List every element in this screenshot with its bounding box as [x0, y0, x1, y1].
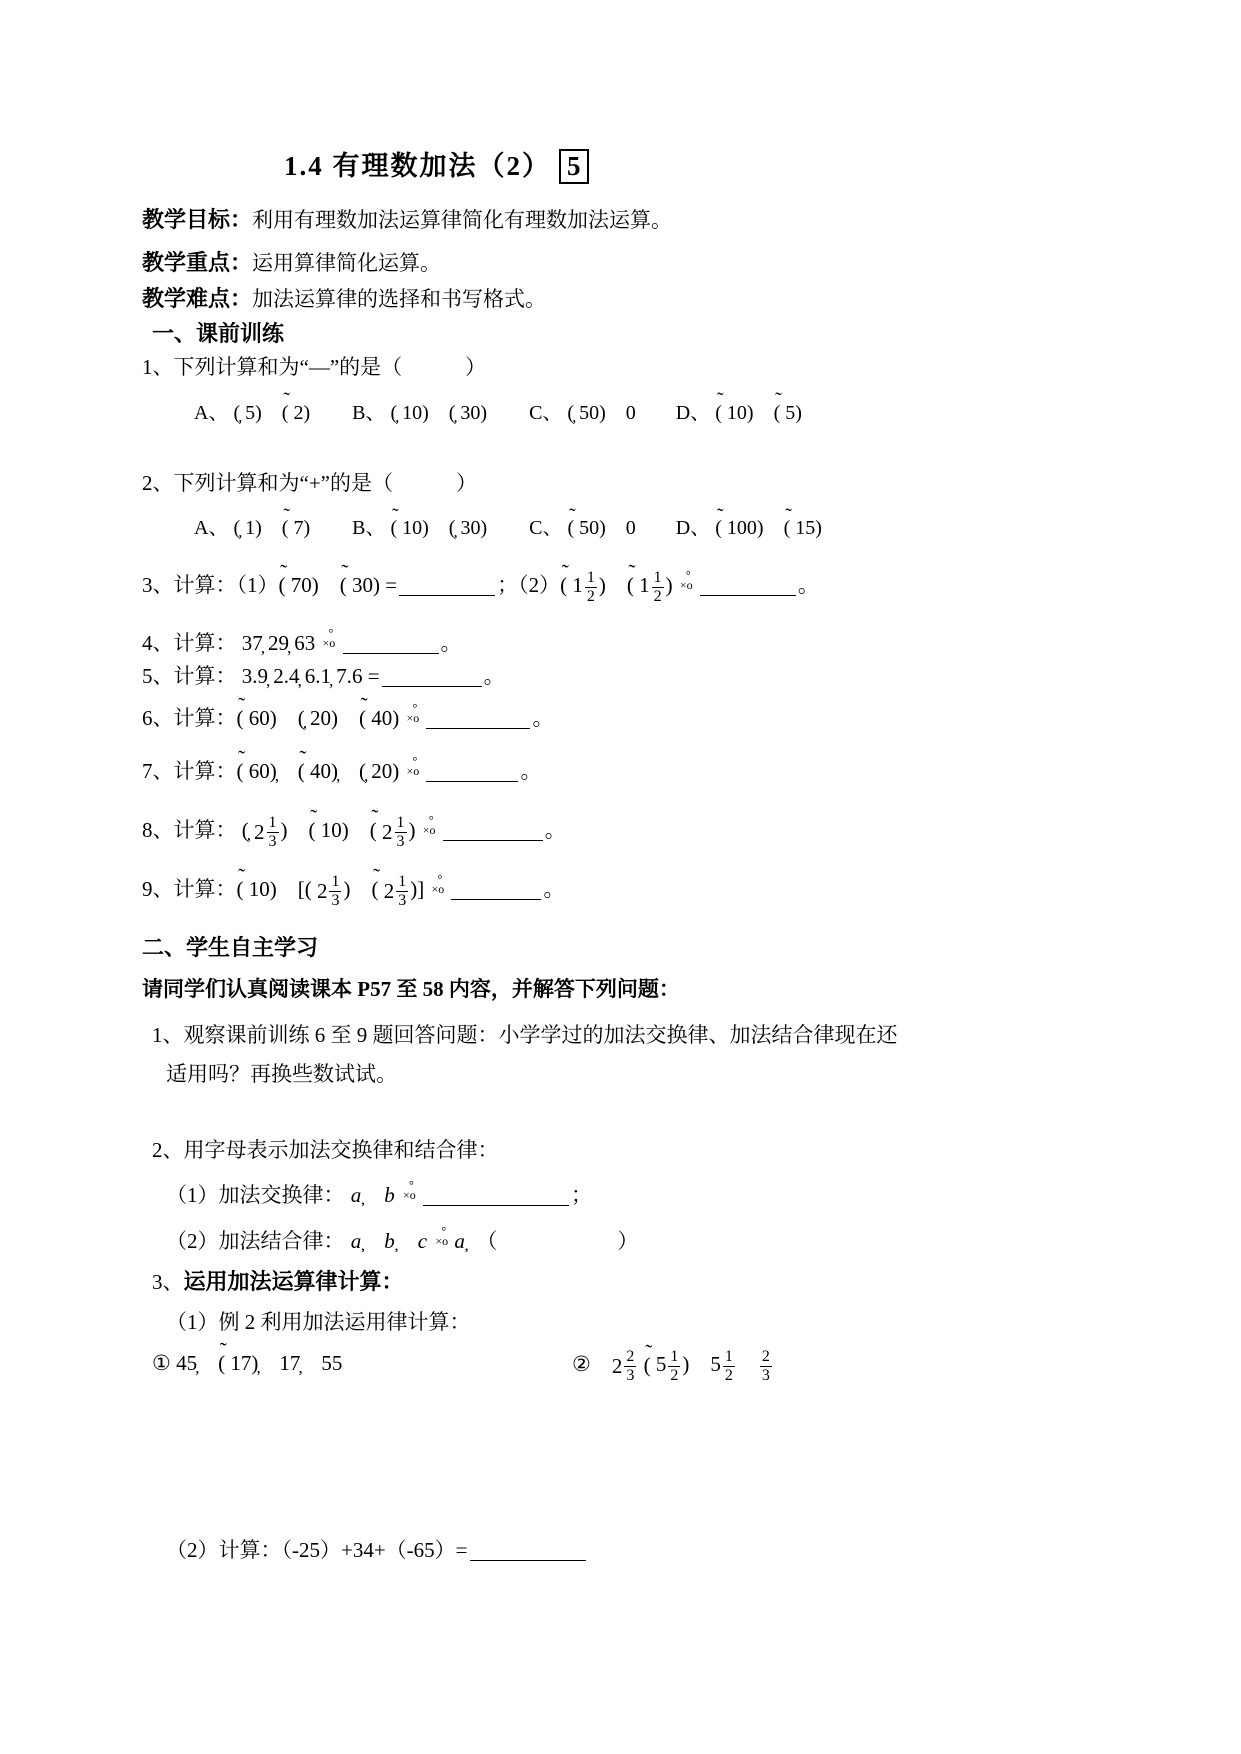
- tilde-paren: (: [567, 513, 574, 543]
- fraction-denominator: 2: [668, 1367, 680, 1385]
- fraction-numerator: 1: [329, 873, 341, 892]
- text-segment: ): [281, 818, 309, 842]
- text-segment: 100): [722, 517, 784, 539]
- text-segment: 6、计算：: [142, 706, 237, 730]
- x-glyph: ×o: [403, 1186, 416, 1204]
- text-segment: 30) =: [347, 573, 397, 597]
- tilde-paren: (: [627, 570, 634, 602]
- x-glyph: ×o: [323, 634, 336, 652]
- math-variable: a̦: [453, 1229, 466, 1253]
- text-segment: 2): [288, 402, 310, 424]
- text-segment: 7、计算：: [142, 759, 237, 783]
- text-segment: 。: [520, 759, 541, 783]
- fraction-stack: 23: [760, 1348, 772, 1385]
- fraction: 12: [666, 1348, 682, 1385]
- question-2-options: A、 (̦ 1) ( 7)B、 ( 10) (̦ 30)C、 ( 50) 0D、…: [142, 513, 1141, 543]
- tilde-paren: (: [560, 570, 567, 602]
- tilde-paren: (: [282, 513, 289, 543]
- tilde-paren: (: [298, 756, 305, 788]
- page-number-badge: 5: [559, 149, 589, 184]
- text-segment: 5: [651, 1353, 667, 1377]
- teaching-difficulty: 教学难点：加法运算律的选择和书写格式。: [142, 282, 1141, 316]
- fraction-denominator: 3: [395, 833, 407, 851]
- blank-line: [426, 778, 518, 782]
- fraction-denominator: 2: [652, 588, 664, 606]
- question-7: 7、计算：( 60)̦ ( 40)̦ (̦ 20) °×o。: [142, 756, 1141, 788]
- fraction: 213: [254, 814, 281, 851]
- text-segment: B、 (̦ 10) (̦ 30): [352, 402, 487, 424]
- fraction-whole: 2: [382, 822, 393, 843]
- teaching-difficulty-label: 教学难点：: [142, 286, 252, 311]
- fraction-whole: 2: [254, 822, 265, 843]
- text-segment: 1: [634, 573, 650, 597]
- teaching-difficulty-text: 加法运算律的选择和书写格式。: [252, 287, 546, 311]
- equals-mark: °×o: [405, 762, 423, 776]
- text-segment: A、 (̦ 1): [194, 517, 282, 539]
- page-title-text: 1.4 有理数加法（2）: [284, 151, 551, 181]
- blank-line: [700, 592, 796, 596]
- text-segment: C、: [529, 517, 567, 539]
- fraction-stack: 13: [396, 873, 408, 910]
- text-segment: 7): [288, 517, 310, 539]
- text-segment: D、: [676, 517, 715, 539]
- question-1: 1、下列计算和为“—”的是（ ）: [142, 352, 1141, 384]
- text-segment: （2）计算：（-25）+34+（-65）=: [166, 1538, 468, 1562]
- text-segment: [362, 1183, 383, 1207]
- fraction-numerator: 1: [723, 1348, 735, 1367]
- text-segment: 5): [780, 402, 802, 424]
- text-segment: C、 (̦ 50) 0: [529, 402, 636, 424]
- math-variable: c: [417, 1229, 428, 1253]
- text-segment: 。: [545, 818, 566, 842]
- tilde-paren: (: [309, 815, 316, 847]
- teaching-goal-text: 利用有理数加法运算律简化有理数加法运算。: [252, 208, 672, 232]
- fraction-numerator: 1: [652, 569, 664, 588]
- text-segment: 。: [532, 706, 553, 730]
- x-glyph: ×o: [680, 576, 693, 594]
- section2-question1-line1: 1、观察课前训练 6 至 9 题回答问题：小学学过的加法交换律、加法结合律现在还: [142, 1020, 1141, 1052]
- text-segment: ②: [572, 1353, 612, 1377]
- text-segment: 9、计算：: [142, 877, 237, 901]
- example-row: ① 45̦ ( 17)̦ 17̦ 55 ② 223 ( 512) 512 23: [142, 1348, 1141, 1385]
- equals-mark: °×o: [422, 821, 440, 835]
- tilde-paren: (: [237, 703, 244, 735]
- text-segment: 10) (̦ 30): [397, 517, 487, 539]
- text-segment: ；: [571, 1183, 592, 1207]
- question-6: 6、计算：( 60) (̦ 20) ( 40) °×o。: [142, 703, 1141, 735]
- fraction-stack: 13: [395, 814, 407, 851]
- text-segment: 。: [484, 664, 505, 688]
- tilde-paren: (: [371, 874, 378, 906]
- text-segment: 4、计算： 37̦ 29̦ 63: [142, 631, 321, 655]
- blank-line: [426, 725, 530, 729]
- section3-heading: 运用加法运算律计算：: [184, 1269, 404, 1294]
- tilde-paren: (: [237, 756, 244, 788]
- final-calculation: （2）计算：（-25）+34+（-65）=: [142, 1535, 1141, 1567]
- tilde-paren: (: [340, 570, 347, 602]
- tilde-paren: (: [715, 398, 722, 428]
- text-segment: )]: [410, 877, 429, 901]
- text-segment: 40)̦ (̦ 20): [305, 759, 405, 783]
- section1-heading: 一、课前训练: [142, 317, 1141, 350]
- text-segment: 10) [(: [244, 877, 317, 901]
- text-segment: 8、计算： (̦: [142, 818, 254, 842]
- text-segment: （2）加法结合律：: [166, 1229, 350, 1253]
- text-segment: 5、计算： 3.9̦ 2.4̦ 6.1̦ 7.6 =: [142, 664, 380, 688]
- x-glyph: ×o: [431, 880, 444, 898]
- text-segment: 60) (̦ 20): [244, 706, 359, 730]
- text-segment: [396, 1229, 417, 1253]
- teaching-key: 教学重点：运用算律简化运算。: [142, 246, 1141, 280]
- fraction-numerator: 1: [267, 814, 279, 833]
- x-glyph: ×o: [406, 762, 419, 780]
- example-1: ① 45̦ ( 17)̦ 17̦ 55: [142, 1348, 572, 1385]
- reading-note: 请同学们认真阅读课本 P57 至 58 内容，并解答下列问题：: [142, 974, 1141, 1006]
- text-segment: ① 45̦: [152, 1351, 218, 1375]
- fraction: 12: [650, 569, 666, 606]
- question-3: 3、计算：（1）( 70) ( 30) =；（2）( 112) ( 112) °…: [142, 569, 1141, 606]
- math-variable: b̦: [383, 1229, 396, 1253]
- text-segment: ）: [617, 1229, 638, 1253]
- fraction-whole: 2: [384, 881, 395, 902]
- section2-question1-line2: 适用吗？再换些数试试。: [142, 1059, 1141, 1091]
- equals-mark: °×o: [322, 634, 340, 648]
- text-segment: ): [599, 573, 627, 597]
- fraction-denominator: 3: [760, 1367, 772, 1385]
- fraction-denominator: 3: [396, 892, 408, 910]
- fraction-numerator: 1: [585, 569, 597, 588]
- blank-line: [382, 683, 482, 687]
- fraction-denominator: 3: [624, 1367, 636, 1385]
- blank-line: [343, 650, 439, 654]
- blank-line: [470, 1557, 586, 1561]
- question-9: 9、计算：( 10) [( 213) ( 213)] °×o。: [142, 873, 1141, 910]
- text-segment: 。: [543, 877, 564, 901]
- text-segment: 60)̦: [244, 759, 298, 783]
- teaching-key-text: 运用算律简化运算。: [252, 251, 441, 275]
- tilde-paren: (: [279, 570, 286, 602]
- fraction-denominator: 2: [723, 1367, 735, 1385]
- text-segment: 15): [790, 517, 822, 539]
- fraction-numerator: 2: [760, 1348, 772, 1367]
- equals-mark: °×o: [434, 1232, 452, 1246]
- fraction-stack: 13: [329, 873, 341, 910]
- text-segment: D、: [676, 402, 715, 424]
- tilde-paren: (: [218, 1348, 225, 1380]
- blank-line: [451, 896, 541, 900]
- text-segment: ): [666, 573, 678, 597]
- fraction: 213: [384, 873, 411, 910]
- tilde-paren: (: [359, 703, 366, 735]
- fraction-denominator: 3: [329, 892, 341, 910]
- question-4: 4、计算： 37̦ 29̦ 63 °×o。: [142, 628, 1141, 660]
- tilde-paren: (: [282, 398, 289, 428]
- fraction-denominator: 3: [267, 833, 279, 851]
- text-segment: [362, 1229, 383, 1253]
- text-segment: 50) 0: [574, 517, 636, 539]
- tilde-paren: (: [784, 513, 791, 543]
- text-segment: 。: [798, 573, 819, 597]
- fraction-whole: 2: [317, 881, 328, 902]
- section3-number: 3、: [152, 1270, 184, 1294]
- text-segment: ) 5: [682, 1353, 721, 1377]
- text-segment: A、 (̦ 5): [194, 402, 282, 424]
- tilde-paren: (: [390, 513, 397, 543]
- fraction-whole: 2: [612, 1356, 623, 1377]
- question-5: 5、计算： 3.9̦ 2.4̦ 6.1̦ 7.6 =。: [142, 661, 1141, 693]
- text-segment: [737, 1353, 758, 1377]
- text-segment: 3、计算：（1）: [142, 573, 279, 597]
- fraction-stack: 12: [723, 1348, 735, 1385]
- associative-law-line: （2）加法结合律： a̦ b̦ c °×oa̦ （）: [142, 1226, 1141, 1258]
- x-glyph: ×o: [423, 821, 436, 839]
- text-segment: （1）加法交换律：: [166, 1183, 350, 1207]
- section3-heading-line: 3、运用加法运算律计算：: [142, 1265, 1141, 1299]
- text-segment: 40): [366, 706, 405, 730]
- tilde-paren: (: [715, 513, 722, 543]
- fraction-stack: 12: [668, 1348, 680, 1385]
- math-variable: b: [383, 1183, 396, 1207]
- fraction-stack: 13: [267, 814, 279, 851]
- tilde-paren: (: [237, 874, 244, 906]
- equals-mark: °×o: [402, 1186, 420, 1200]
- commutative-law-line: （1）加法交换律： a̦ b °×o；: [142, 1180, 1141, 1212]
- fraction-stack: 23: [624, 1348, 636, 1385]
- fraction: 223: [612, 1348, 639, 1385]
- question-8: 8、计算： (̦ 213) ( 10) ( 213) °×o。: [142, 814, 1141, 851]
- text-segment: ；（2）: [497, 573, 560, 597]
- teaching-goal: 教学目标：利用有理数加法运算律简化有理数加法运算。: [142, 203, 1141, 237]
- equals-mark: °×o: [405, 709, 423, 723]
- fraction-denominator: 2: [585, 588, 597, 606]
- text-segment: 10): [316, 818, 370, 842]
- section3-sub-heading: （1）例 2 利用加法运用律计算：: [142, 1307, 1141, 1339]
- fraction-numerator: 2: [624, 1348, 636, 1367]
- text-segment: 17)̦ 17̦ 55: [225, 1351, 342, 1375]
- teaching-goal-label: 教学目标：: [142, 207, 252, 232]
- equals-mark: °×o: [679, 576, 697, 590]
- fraction-stack: 12: [585, 569, 597, 606]
- math-variable: a̦: [350, 1183, 363, 1207]
- fraction: 213: [382, 814, 409, 851]
- equals-mark: °×o: [430, 880, 448, 894]
- text-segment: 。: [441, 631, 462, 655]
- blank-line: [443, 837, 543, 841]
- fraction: 23: [758, 1348, 774, 1385]
- fraction: 12: [721, 1348, 737, 1385]
- blank-line: [423, 1202, 569, 1206]
- tilde-paren: (: [774, 398, 781, 428]
- question-1-options: A、 (̦ 5) ( 2)B、 (̦ 10) (̦ 30)C、 (̦ 50) 0…: [142, 398, 1141, 428]
- fraction: 12: [583, 569, 599, 606]
- text-segment: 70): [286, 573, 340, 597]
- teaching-key-label: 教学重点：: [142, 250, 252, 275]
- text-segment: ): [409, 818, 421, 842]
- fraction-stack: 12: [652, 569, 664, 606]
- worksheet-page: 1.4 有理数加法（2）5 教学目标：利用有理数加法运算律简化有理数加法运算。 …: [0, 0, 1241, 1567]
- text-segment: 10): [722, 402, 774, 424]
- x-glyph: ×o: [435, 1232, 448, 1250]
- tilde-paren: (: [644, 1350, 651, 1382]
- text-segment: 1: [567, 573, 583, 597]
- fraction: 213: [317, 873, 344, 910]
- text-segment: [428, 1229, 433, 1253]
- fraction-numerator: 1: [396, 873, 408, 892]
- page-title: 1.4 有理数加法（2）5: [142, 146, 1141, 187]
- question-2: 2、下列计算和为“+”的是（ ）: [142, 468, 1141, 500]
- x-glyph: ×o: [406, 709, 419, 727]
- tilde-paren: (: [370, 815, 377, 847]
- math-variable: a̦: [350, 1229, 363, 1253]
- section2-heading: 二、学生自主学习: [142, 931, 1141, 964]
- example-2: ② 223 ( 512) 512 23: [572, 1348, 774, 1385]
- fraction-numerator: 1: [668, 1348, 680, 1367]
- text-segment: ): [343, 877, 371, 901]
- text-segment: B、: [352, 517, 390, 539]
- text-segment: [396, 1183, 401, 1207]
- fraction-numerator: 1: [395, 814, 407, 833]
- blank-line: [399, 592, 495, 596]
- section2-question2-heading: 2、用字母表示加法交换律和结合律：: [142, 1135, 1141, 1167]
- text-segment: （: [466, 1229, 498, 1253]
